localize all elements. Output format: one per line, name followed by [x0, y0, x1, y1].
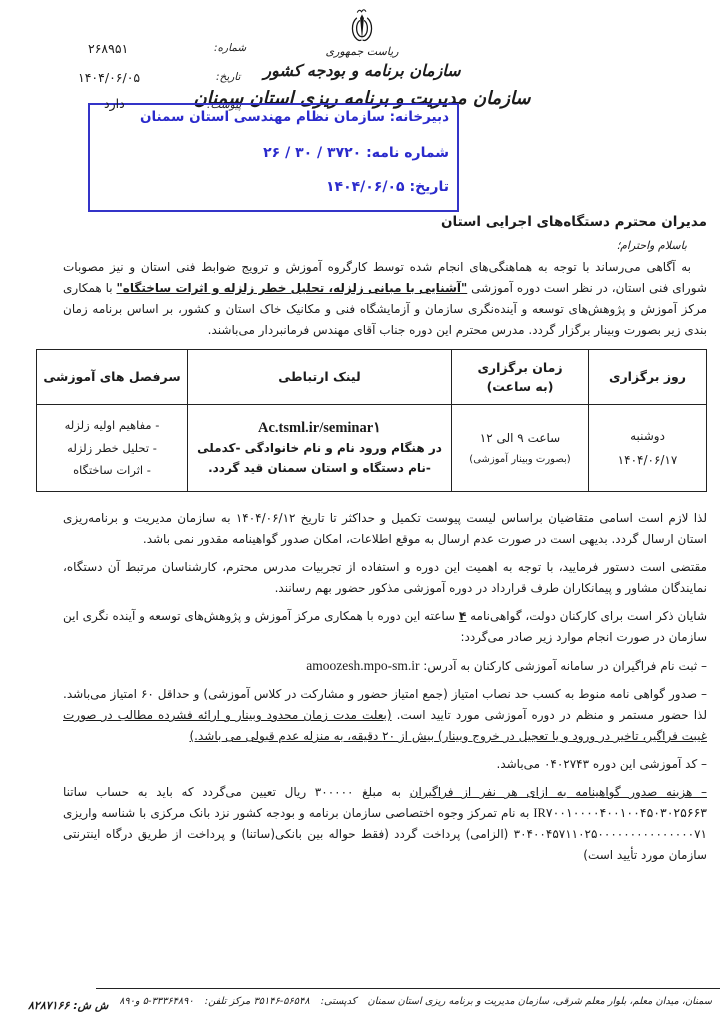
letter-page: ریاست جمهوری سازمان برنامه و بودجه کشور …: [0, 0, 724, 1024]
payment-fee-intro: – هزینه صدور گواهینامه به ازای هر نفر از…: [410, 785, 707, 799]
cell-link: Ac.tsml.ir/seminar۱ در هنگام ورود نام و …: [188, 405, 452, 492]
schedule-data-row: دوشنبه ۱۴۰۴/۰۶/۱۷ ساعت ۹ الی ۱۲ (بصورت و…: [37, 405, 707, 492]
header-topics: سرفصل های آموزشی: [37, 350, 188, 405]
header-time-line1: زمان برگزاری: [457, 358, 583, 377]
schedule-table: روز برگزاری زمان برگزاری(به ساعت) لینک ا…: [36, 349, 707, 492]
serial-value: ۸۲۸۷۱۶۶: [28, 999, 69, 1012]
session-weekday: دوشنبه: [594, 424, 701, 448]
attachment-value: دارد: [104, 96, 125, 111]
schedule-header-row: روز برگزاری زمان برگزاری(به ساعت) لینک ا…: [37, 350, 707, 405]
recipient-line: مدیران محترم دستگاه‌های اجرایی استان: [63, 214, 707, 230]
session-date: ۱۴۰۴/۰۶/۱۷: [594, 448, 701, 472]
payment-account-text: به نام تمرکز وجوه اختصاصی سازمان برنامه …: [63, 806, 533, 820]
header-link: لینک ارتباطی: [188, 350, 452, 405]
header-time-line2: (به ساعت): [457, 377, 583, 396]
topic-item: - اثرات ساختگاه: [42, 459, 182, 481]
payment-amount-text: به مبلغ ۳۰۰۰۰۰ ریال تعیین می‌گردد که بای…: [63, 785, 410, 799]
footer-divider: [96, 988, 720, 989]
postal-code-label: کدپستی:: [321, 996, 357, 1007]
deadline-paragraph: لذا لازم است اسامی متقاضیان براساس لیست …: [63, 508, 707, 550]
header-day: روز برگزاری: [589, 350, 707, 405]
course-title: "آشنایی با مبانی زلزله، تحلیل خطر زلزله …: [117, 281, 468, 295]
letter-body: مدیران محترم دستگاه‌های اجرایی استان باس…: [63, 214, 707, 873]
webinar-link-note: در هنگام ورود نام و نام خانوادگی -کدملی …: [193, 439, 446, 479]
cell-topics: - مفاهیم اولیه زلزله - تحلیل خطر زلزله -…: [37, 405, 188, 492]
phone-value: ۵-۳۳۳۶۴۸۹۰: [143, 996, 194, 1007]
bullet-payment: – هزینه صدور گواهینامه به ازای هر نفر از…: [63, 782, 707, 866]
footer-address-line: سمنان، میدان معلم، بلوار معلم شرقی، سازم…: [120, 996, 712, 1007]
letter-number-label: شماره:: [214, 42, 246, 54]
session-time-note: (بصورت وبینار آموزشی): [457, 450, 583, 469]
bullet-certificate-conditions: – صدور گواهی نامه منوط به کسب حد نصاب ام…: [63, 684, 707, 747]
serial-label: ش ش:: [73, 999, 108, 1012]
footer-address: سمنان، میدان معلم، بلوار معلم شرقی، سازم…: [368, 996, 712, 1007]
letter-date-value: ۱۴۰۴/۰۶/۰۵: [78, 70, 140, 85]
topic-item: - تحلیل خطر زلزله: [42, 437, 182, 459]
intro-paragraph: به آگاهی می‌رساند با توجه به هماهنگی‌های…: [63, 257, 707, 341]
postal-code-value: ۳۵۱۴۶-۵۶۵۴۸: [253, 996, 309, 1007]
iran-emblem-icon: [348, 8, 376, 46]
bullet-registration: – ثبت نام فراگیران در سامانه آموزشی کارک…: [63, 655, 707, 677]
footer-serial: ش ش: ۸۲۸۷۱۶۶: [28, 999, 108, 1012]
stamp-letter-number: شماره نامه: ۳۷۲۰ / ۳۰ / ۲۶: [263, 145, 449, 161]
registration-text: – ثبت نام فراگیران در سامانه آموزشی کارک…: [419, 659, 707, 673]
phone-label: مرکز تلفن:: [205, 996, 251, 1007]
letter-date-label: تاریخ:: [216, 71, 240, 83]
salutation: باسلام واحترام؛: [63, 239, 687, 252]
header-time: زمان برگزاری(به ساعت): [452, 350, 589, 405]
registration-portal-url[interactable]: amoozesh.mpo-sm.ir: [306, 655, 419, 676]
emblem-sword: [360, 14, 364, 39]
stamp-letter-date: تاریخ: ۱۴۰۴/۰۶/۰۵: [326, 179, 449, 195]
course-code: ۰۴۰۲۷۴۳: [544, 757, 589, 771]
webinar-link[interactable]: Ac.tsml.ir/seminar۱: [258, 420, 381, 437]
certificate-text-start: شایان ذکر است برای کارکنان دولت، گواهی‌ن…: [466, 609, 707, 623]
session-hours: ساعت ۹ الی ۱۲: [457, 427, 583, 450]
certificate-paragraph: شایان ذکر است برای کارکنان دولت، گواهی‌ن…: [63, 606, 707, 648]
course-code-text-start: – کد آموزشی این دوره: [589, 757, 707, 771]
letter-number-value: ۲۶۸۹۵۱: [88, 41, 128, 56]
topic-item: - مفاهیم اولیه زلزله: [42, 414, 182, 436]
stamp-secretariat-line: دبیرخانه: سازمان نظام مهندسی استان سمنان: [140, 109, 449, 125]
bullet-course-code: – کد آموزشی این دوره ۰۴۰۲۷۴۳ می‌باشد.: [63, 754, 707, 775]
cell-day: دوشنبه ۱۴۰۴/۰۶/۱۷: [589, 405, 707, 492]
deposit-id: ۳۰۴۰۰۴۵۷۱۱۰۲۵۰۰۰۰۰۰۰۰۰۰۰۰۰۰۰۷۱: [514, 827, 707, 841]
phone-secondary-value: و۳۳۳۶۴۸۹۰: [120, 996, 140, 1007]
invitation-paragraph: مقتضی است دستور فرمایید، با توجه به اهمی…: [63, 557, 707, 599]
satna-iban: IR۷۰۰۱۰۰۰۰۴۰۰۱۰۰۴۵۰۳۰۲۵۶۶۳: [533, 803, 707, 824]
cell-time: ساعت ۹ الی ۱۲ (بصورت وبینار آموزشی): [452, 405, 589, 492]
course-code-text-end: می‌باشد.: [497, 757, 544, 771]
secretariat-stamp-box: دبیرخانه: سازمان نظام مهندسی استان سمنان…: [88, 103, 459, 212]
